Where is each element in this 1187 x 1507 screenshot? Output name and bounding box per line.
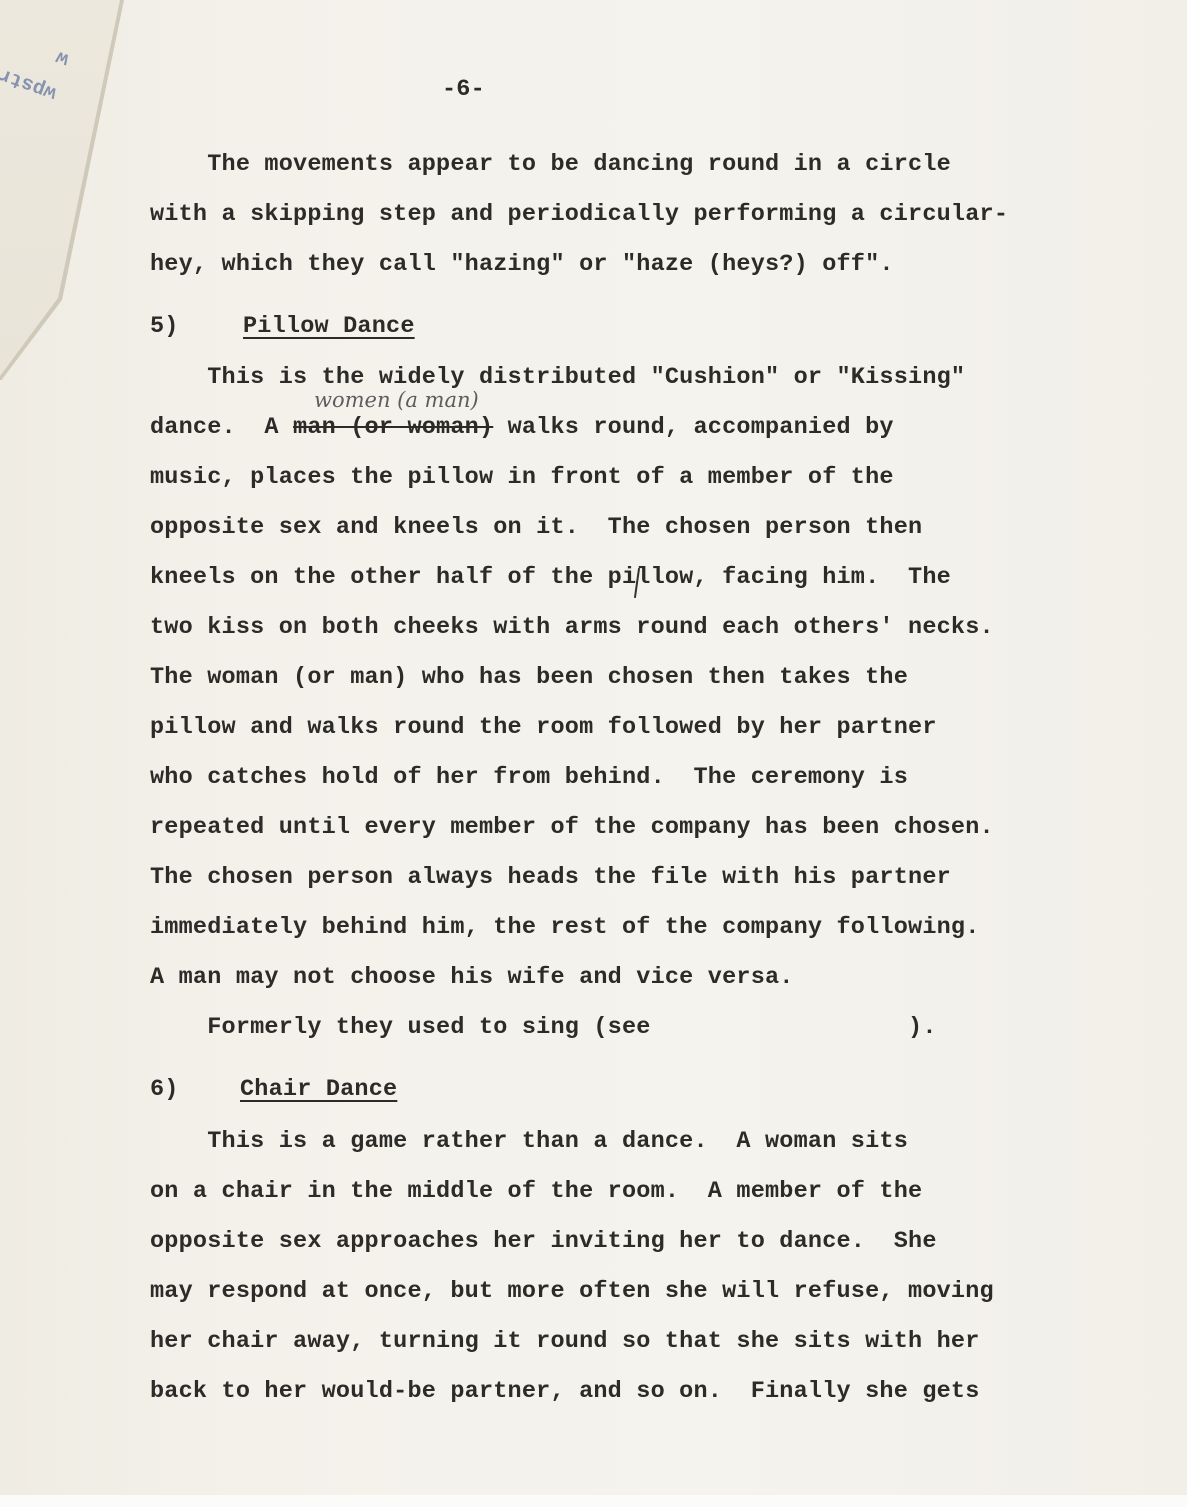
body-line: music, places the pillow in front of a m… — [150, 464, 894, 491]
body-line: back to her would-be partner, and so on.… — [150, 1378, 980, 1405]
struck-text: man (or woman) — [293, 414, 493, 441]
section-title: Chair Dance — [240, 1076, 397, 1103]
scan-border — [0, 1495, 1187, 1507]
intro-line: hey, which they call "hazing" or "haze (… — [150, 251, 894, 278]
body-line: kneels on the other half of the pillow, … — [150, 564, 951, 591]
section-number: 5) — [150, 313, 179, 340]
section-number: 6) — [150, 1076, 179, 1103]
section-title: Pillow Dance — [243, 313, 415, 340]
body-line: Formerly they used to sing (see ). — [150, 1014, 937, 1041]
body-line: may respond at once, but more often she … — [150, 1278, 994, 1305]
page-number: -6- — [442, 76, 485, 103]
body-line: her chair away, turning it round so that… — [150, 1328, 980, 1355]
body-line: The woman (or man) who has been chosen t… — [150, 664, 908, 691]
document-page: wpstr w -6- The movements appear to be d… — [0, 0, 1187, 1495]
handwritten-correction: women (a man) — [314, 388, 479, 412]
body-line: This is a game rather than a dance. A wo… — [150, 1128, 908, 1155]
body-line: repeated until every member of the compa… — [150, 814, 994, 841]
body-line: The chosen person always heads the file … — [150, 864, 951, 891]
body-line: two kiss on both cheeks with arms round … — [150, 614, 994, 641]
body-line: pillow and walks round the room followed… — [150, 714, 937, 741]
body-line: opposite sex and kneels on it. The chose… — [150, 514, 922, 541]
body-line: opposite sex approaches her inviting her… — [150, 1228, 937, 1255]
body-line: immediately behind him, the rest of the … — [150, 914, 980, 941]
body-line: who catches hold of her from behind. The… — [150, 764, 908, 791]
body-line-with-correction: dance. A man (or woman) walks round, acc… — [150, 414, 894, 441]
body-line: on a chair in the middle of the room. A … — [150, 1178, 922, 1205]
intro-line: The movements appear to be dancing round… — [150, 151, 951, 178]
body-line: This is the widely distributed "Cushion"… — [150, 364, 965, 391]
body-line: A man may not choose his wife and vice v… — [150, 964, 794, 991]
intro-line: with a skipping step and periodically pe… — [150, 201, 1008, 228]
